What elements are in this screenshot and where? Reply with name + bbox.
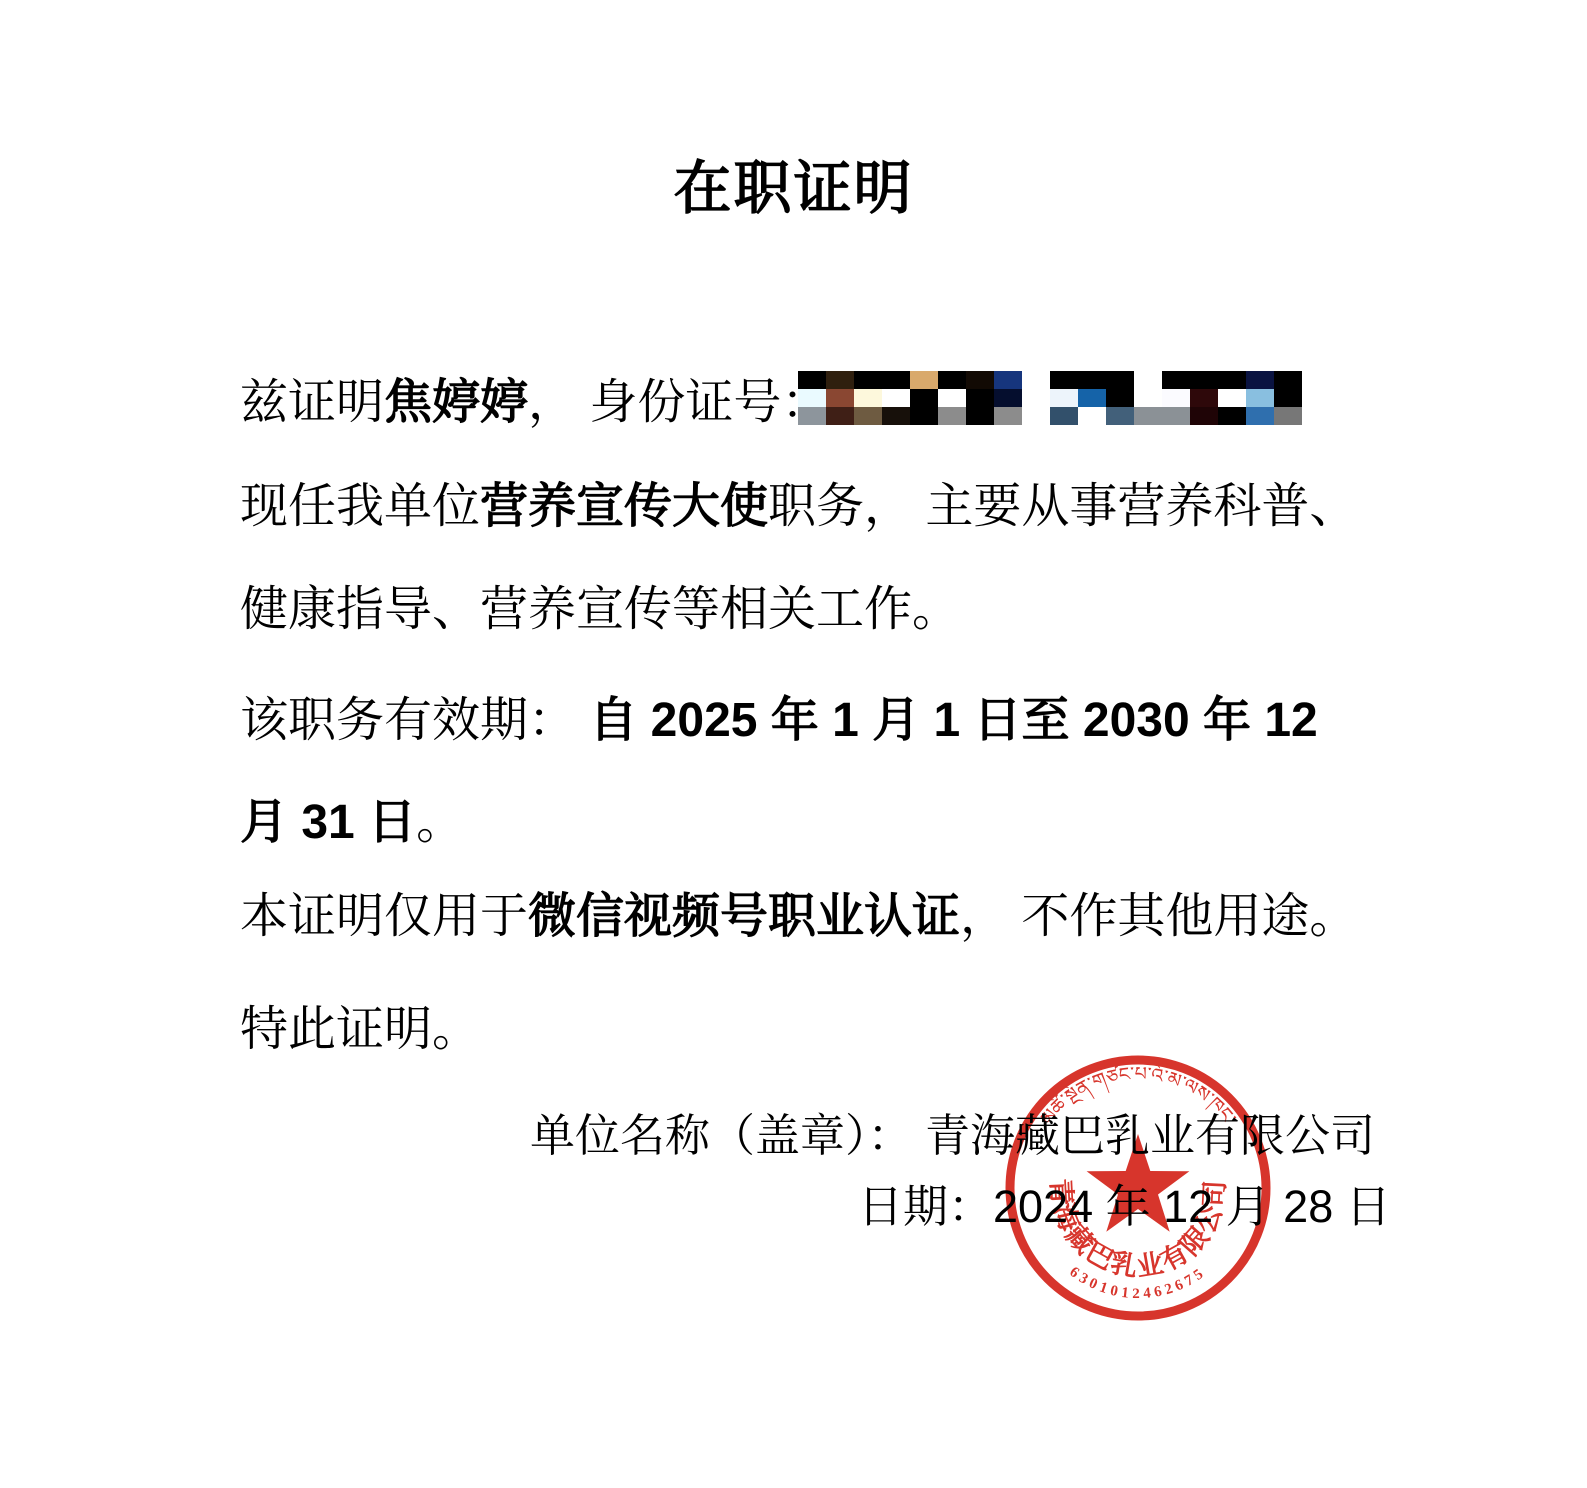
text-segment: 现任我单位 [240, 480, 480, 533]
validity-period-end: 月 31 日 [240, 796, 416, 849]
company-label: 单位名称（盖章）： [530, 1110, 925, 1161]
mosaic-cell [1274, 371, 1302, 389]
mosaic-cell [1022, 371, 1050, 389]
mosaic-cell [1022, 407, 1050, 425]
text-segment: 兹证明 [240, 376, 384, 429]
text-segment: 。 [416, 796, 464, 849]
stamp-tibetan-arc: མཚོ་སྔོན་གཙང་པ་འོ་མ་ལས་ཁང་ [1037, 1060, 1239, 1129]
mosaic-cell [994, 389, 1022, 407]
body-line-3: 健康指导、营养宣传等相关工作。 [240, 582, 960, 637]
mosaic-cell [966, 371, 994, 389]
mosaic-cell [854, 371, 882, 389]
mosaic-cell [1190, 371, 1218, 389]
body-line-5: 月 31 日。 [240, 795, 464, 850]
mosaic-cell [854, 407, 882, 425]
mosaic-cell [826, 371, 854, 389]
mosaic-cell [1106, 407, 1134, 425]
mosaic-cell [882, 371, 910, 389]
body-line-7: 特此证明。 [240, 1002, 480, 1057]
mosaic-cell [1050, 389, 1078, 407]
text-segment: ， 身份证号： [528, 376, 829, 429]
mosaic-cell [1078, 407, 1106, 425]
mosaic-cell [826, 407, 854, 425]
mosaic-cell [938, 407, 966, 425]
mosaic-cell [1246, 407, 1274, 425]
mosaic-cell [798, 389, 826, 407]
mosaic-cell [1022, 389, 1050, 407]
text-segment: ， 不作其他用途。 [960, 890, 1357, 943]
mosaic-cell [1106, 389, 1134, 407]
mosaic-cell [938, 389, 966, 407]
mosaic-cell [1162, 389, 1190, 407]
mosaic-cell [1050, 407, 1078, 425]
id-redaction-mosaic [798, 371, 1302, 425]
stamp-star-icon [1087, 1134, 1190, 1232]
mosaic-cell [910, 371, 938, 389]
mosaic-cell [1078, 371, 1106, 389]
body-line-6: 本证明仅用于微信视频号职业认证， 不作其他用途。 [240, 889, 1357, 944]
page-title: 在职证明 [0, 157, 1587, 221]
body-line-2: 现任我单位营养宣传大使职务， 主要从事营养科普、 [240, 479, 1357, 534]
mosaic-cell [882, 407, 910, 425]
mosaic-cell [1134, 389, 1162, 407]
mosaic-cell [994, 407, 1022, 425]
text-segment: 职务， 主要从事营养科普、 [768, 480, 1357, 533]
validity-period-start: 自 2025 年 1 月 1 日至 2030 年 12 [589, 694, 1317, 747]
certificate-purpose: 微信视频号职业认证 [528, 890, 960, 943]
mosaic-cell [854, 389, 882, 407]
mosaic-cell [1050, 371, 1078, 389]
mosaic-cell [1246, 389, 1274, 407]
employee-name: 焦婷婷 [384, 376, 528, 429]
mosaic-cell [994, 371, 1022, 389]
mosaic-cell [798, 371, 826, 389]
mosaic-cell [1218, 389, 1246, 407]
mosaic-cell [1190, 407, 1218, 425]
mosaic-cell [798, 407, 826, 425]
mosaic-cell [1078, 389, 1106, 407]
mosaic-cell [1246, 371, 1274, 389]
employment-certificate-document: 在职证明 兹证明焦婷婷， 身份证号： 现任我单位营养宣传大使职务， 主要从事营养… [0, 0, 1587, 1488]
job-title: 营养宣传大使 [480, 480, 768, 533]
text-segment: 本证明仅用于 [240, 890, 528, 943]
mosaic-cell [1162, 371, 1190, 389]
mosaic-cell [966, 389, 994, 407]
mosaic-cell [826, 389, 854, 407]
body-line-1: 兹证明焦婷婷， 身份证号： [240, 375, 829, 430]
text-segment: 该职务有效期： [240, 694, 589, 747]
mosaic-cell [1134, 371, 1162, 389]
mosaic-cell [966, 407, 994, 425]
mosaic-cell [1134, 407, 1162, 425]
mosaic-cell [910, 407, 938, 425]
mosaic-cell [1162, 407, 1190, 425]
body-line-4: 该职务有效期： 自 2025 年 1 月 1 日至 2030 年 12 [240, 693, 1318, 748]
mosaic-cell [1274, 407, 1302, 425]
mosaic-cell [1190, 389, 1218, 407]
mosaic-cell [1274, 389, 1302, 407]
mosaic-cell [1218, 371, 1246, 389]
text-segment: 健康指导、营养宣传等相关工作。 [240, 583, 960, 636]
mosaic-cell [910, 389, 938, 407]
mosaic-cell [938, 371, 966, 389]
mosaic-cell [1218, 407, 1246, 425]
mosaic-cell [1106, 371, 1134, 389]
mosaic-cell [882, 389, 910, 407]
company-stamp-seal: མཚོ་སྔོན་གཙང་པ་འོ་མ་ལས་ཁང་ 青海藏巴乳业有限公司 63… [988, 1038, 1288, 1338]
